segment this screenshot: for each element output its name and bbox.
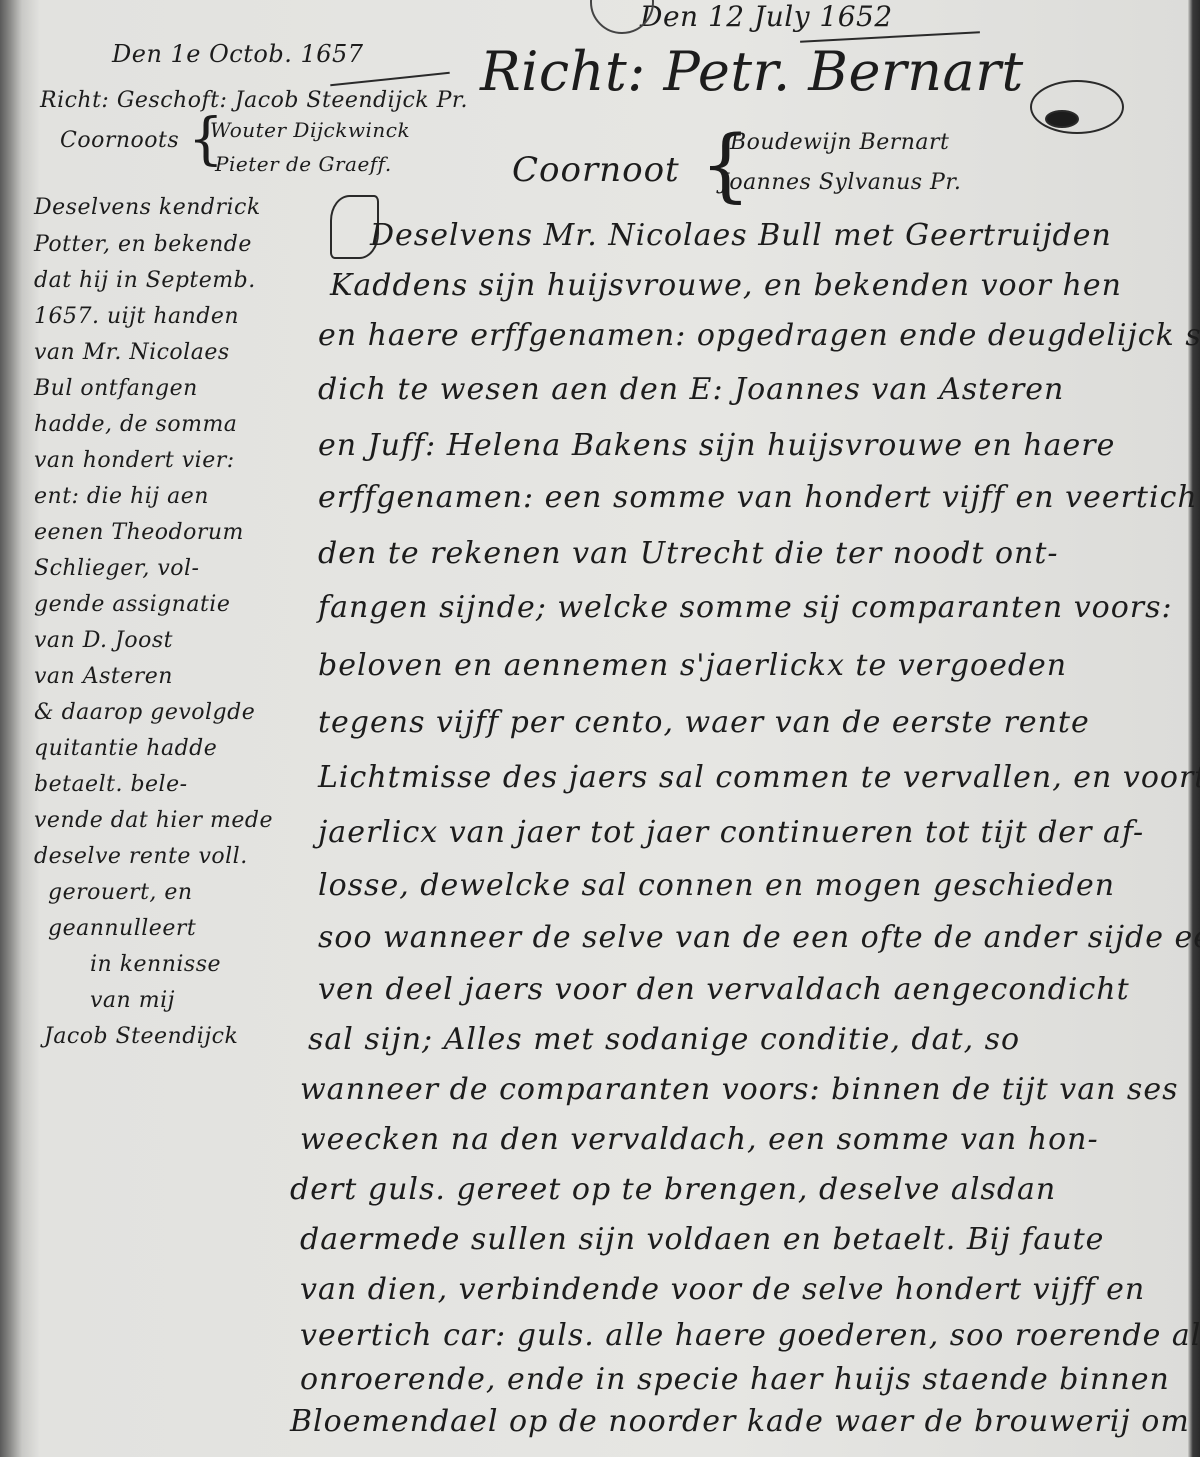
margin-note-line: deselve rente voll. (34, 844, 248, 869)
main-text-line: beloven en aennemen s'jaerlickx te vergo… (318, 648, 1067, 683)
main-text-line: dert guls. gereet op te brengen, deselve… (290, 1172, 1056, 1207)
main-text-line: soo wanneer de selve van de een ofte de … (318, 920, 1200, 955)
main-text-line: erffgenamen: een somme van hondert vijff… (318, 480, 1200, 515)
main-text-line: onroerende, ende in specie haer huijs st… (300, 1362, 1170, 1397)
manuscript-page: Den 12 July 1652 Richt: Petr. Bernart Co… (0, 0, 1200, 1457)
margin-date-underline (330, 72, 450, 87)
margin-note-line: Bul ontfangen (34, 376, 198, 401)
main-text-line: Deselvens Mr. Nicolaes Bull met Geertrui… (370, 218, 1112, 253)
margin-date: Den 1e Octob. 1657 (112, 40, 364, 68)
main-text-line: Kaddens sijn huijsvrouwe, en bekenden vo… (330, 268, 1122, 303)
main-text-line: sal sijn; Alles met sodanige conditie, d… (308, 1022, 1020, 1057)
coornoot-name-2: Joannes Sylvanus Pr. (720, 170, 961, 195)
margin-note-line: geannulleert (48, 916, 196, 941)
margin-note-line: quitantie hadde (34, 736, 217, 761)
margin-note-line: gerouert, en (48, 880, 193, 905)
title-richt: Richt: Petr. Bernart (480, 40, 1024, 103)
coornoot-name-1: Boudewijn Bernart (730, 130, 949, 155)
margin-note-line: Schlieger, vol- (34, 556, 200, 581)
main-text-line: Lichtmisse des jaers sal commen te verva… (318, 760, 1200, 795)
main-text-line: ven deel jaers voor den vervaldach aenge… (318, 972, 1130, 1007)
main-text-line: den te rekenen van Utrecht die ter noodt… (318, 536, 1059, 571)
main-text-line: weecken na den vervaldach, een somme van… (300, 1122, 1099, 1157)
main-text-line: en Juff: Helena Bakens sijn huijsvrouwe … (318, 428, 1115, 463)
main-text-line: dich te wesen aen den E: Joannes van Ast… (318, 372, 1064, 407)
paraph-ink-blot-icon (1045, 110, 1079, 128)
main-text-line: veertich car: guls. alle haere goederen,… (300, 1318, 1200, 1353)
margin-note-line: betaelt. bele- (34, 772, 188, 797)
margin-coornoot-name-2: Pieter de Graeff. (215, 152, 392, 176)
margin-note-line: van Asteren (34, 664, 173, 689)
margin-header-line1: Richt: Geschoft: Jacob Steendijck Pr. (40, 88, 468, 113)
margin-note-line: Potter, en bekende (34, 232, 252, 257)
main-text-line: tegens vijff per cento, waer van de eers… (318, 705, 1090, 740)
main-text-line: wanneer de comparanten voors: binnen de … (300, 1072, 1178, 1107)
coornoot-label: Coornoot (512, 150, 680, 190)
main-text-line: van dien, verbindende voor de selve hond… (300, 1272, 1145, 1307)
margin-note-line: eenen Theodorum (34, 520, 244, 545)
margin-coornoot-label: Coornoots (60, 128, 179, 153)
margin-note-line: vende dat hier mede (34, 808, 273, 833)
main-text-line: fangen sijnde; welcke somme sij comparan… (318, 590, 1173, 625)
page-edge-shadow (1188, 0, 1200, 1457)
header-date: Den 12 July 1652 (640, 0, 893, 33)
margin-note-line: hadde, de somma (34, 412, 237, 437)
margin-note-line: van Mr. Nicolaes (34, 340, 230, 365)
margin-note-signature: Jacob Steendijck (44, 1024, 238, 1049)
margin-note-line: van hondert vier: (34, 448, 235, 473)
margin-note-line: dat hij in Septemb. (34, 268, 256, 293)
margin-note-line: gende assignatie (34, 592, 230, 617)
margin-note-line: ent: die hij aen (34, 484, 209, 509)
margin-note-line: Deselvens kendrick (34, 195, 261, 220)
main-text-line: losse, dewelcke sal connen en mogen gesc… (318, 868, 1115, 903)
margin-note-line: van D. Joost (34, 628, 173, 653)
margin-note-line: 1657. uijt handen (34, 304, 239, 329)
main-text-line: en haere erffgenamen: opgedragen ende de… (318, 318, 1200, 353)
margin-note-line: van mij (90, 988, 175, 1013)
margin-coornoot-name-1: Wouter Dijckwinck (210, 118, 410, 142)
margin-note-line: in kennisse (90, 952, 221, 977)
main-text-line: daermede sullen sijn voldaen en betaelt.… (300, 1222, 1104, 1257)
paraph-flourish-icon (1030, 80, 1124, 134)
margin-note-line: & daarop gevolgde (34, 700, 255, 725)
main-text-line: jaerlicx van jaer tot jaer continueren t… (318, 815, 1144, 850)
